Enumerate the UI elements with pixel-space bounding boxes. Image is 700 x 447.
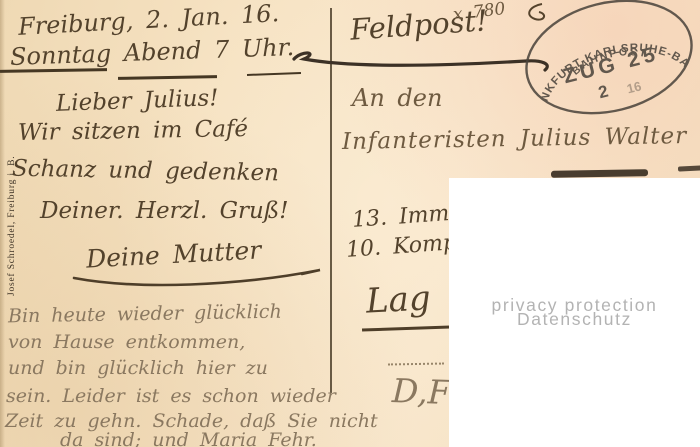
address-line-1: An den	[352, 84, 442, 112]
signature-underline-flourish	[68, 262, 338, 294]
address-line-2: Infanteristen Julius Walter	[342, 123, 688, 155]
pencil-line-1: Bin heute wieder glücklich	[8, 301, 282, 328]
unit-line-2: 10. Komp	[345, 230, 457, 263]
pencil-line-6: da sind; und Maria Fehr.	[60, 429, 317, 447]
redaction-bar	[551, 169, 648, 178]
sorting-scribble: x 780	[452, 0, 506, 25]
underline-stroke	[118, 75, 217, 79]
pencil-line-2: von Hause entkommen,	[8, 331, 245, 353]
unit-line-1: 13. Immo	[351, 200, 463, 233]
message-line-3: Deiner. Herzl. Gruß!	[40, 198, 288, 224]
postmark-year-text: 16	[625, 78, 643, 96]
privacy-overlay-text-de: Datenschutz	[517, 313, 632, 326]
salutation-line: Lieber Julius!	[56, 85, 219, 117]
postmark-stamp: FRANKFURT-KARLSRUHE-BASEL BAHNPOST ZUG 2…	[520, 0, 700, 124]
message-line-1: Wir sitzen im Café	[18, 116, 248, 146]
privacy-overlay: privacy protection Datenschutz	[449, 178, 700, 447]
redaction-bar	[678, 165, 700, 171]
camp-line: Lag	[365, 278, 432, 321]
underline-stroke	[0, 68, 107, 72]
pencil-line-4: sein. Leider ist es schon wieder	[6, 385, 336, 407]
message-line-2: Schanz und gedenken	[12, 156, 279, 187]
dotted-mark	[388, 363, 444, 366]
pencil-line-3: und bin glücklich hier zu	[8, 357, 268, 379]
postmark-day-text: 2	[596, 82, 610, 103]
pencil-initials: D,F	[391, 371, 451, 412]
postcard-back: Josef Schroedel, Freiburg i. B. Freiburg…	[0, 0, 700, 447]
underline-stroke	[362, 325, 450, 331]
